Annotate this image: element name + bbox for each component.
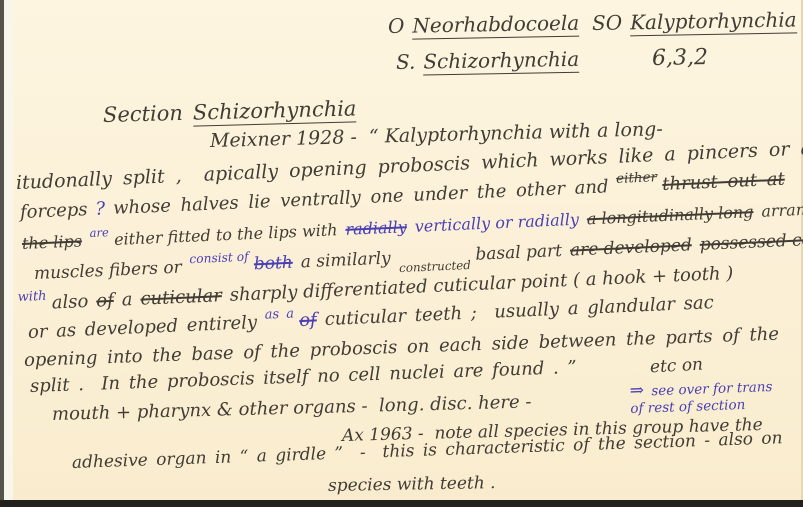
text-segment: a similarly [300,248,391,272]
annotation-see-over: ⇒ see over for trans of rest of section [629,376,800,417]
text-segment: as a [264,306,294,322]
note-line-13: species with teeth . [328,473,504,496]
text-segment: a [121,289,133,310]
text-segment: constructed [399,258,471,275]
text-segment: radially [345,217,407,239]
note-body: Meixner 1928 - “ Kalyptorhynchia with a … [0,0,803,507]
text-segment: both [253,253,293,275]
text-segment: forceps [20,199,88,223]
text-segment: are [89,225,109,240]
text-segment: are developed [570,235,693,260]
annotation-etc-on: etc on [650,355,704,378]
arrow-icon: ⇒ [629,380,644,400]
text-segment: consist of [189,250,249,267]
text-segment: muscles fibers or [34,258,183,284]
text-segment: a longitudinally long [586,202,753,228]
see-over-text-1: see over for trans [651,379,773,399]
text-segment: with [17,289,46,305]
text-segment: possessed connect [699,228,803,255]
text-segment: either fitted to the lips with [114,220,338,249]
text-segment: also [51,291,88,314]
text-segment: of [299,309,317,331]
text-segment: ? [95,198,106,219]
text-segment: of [96,290,114,312]
index-card: ONeorhabdocoela SOKalyptorhynchia S.Schi… [0,0,803,507]
see-over-text-2: of rest of section [630,397,745,417]
text-segment: arranged [761,198,803,220]
note-line-10: mouth + pharynx & other organs - long. d… [52,391,540,425]
text-segment: cuticular [140,285,222,310]
text-segment: vertically or radially [414,210,579,236]
text-segment: species with teeth . [328,473,496,496]
text-segment: either [616,169,658,187]
text-segment: or as developed entirely [28,312,258,343]
text-segment: basal part [475,241,562,265]
text-segment: mouth + pharynx & other organs - long. d… [52,391,532,425]
text-segment: thrust out at [662,169,785,195]
text-segment: the lips [22,231,83,253]
